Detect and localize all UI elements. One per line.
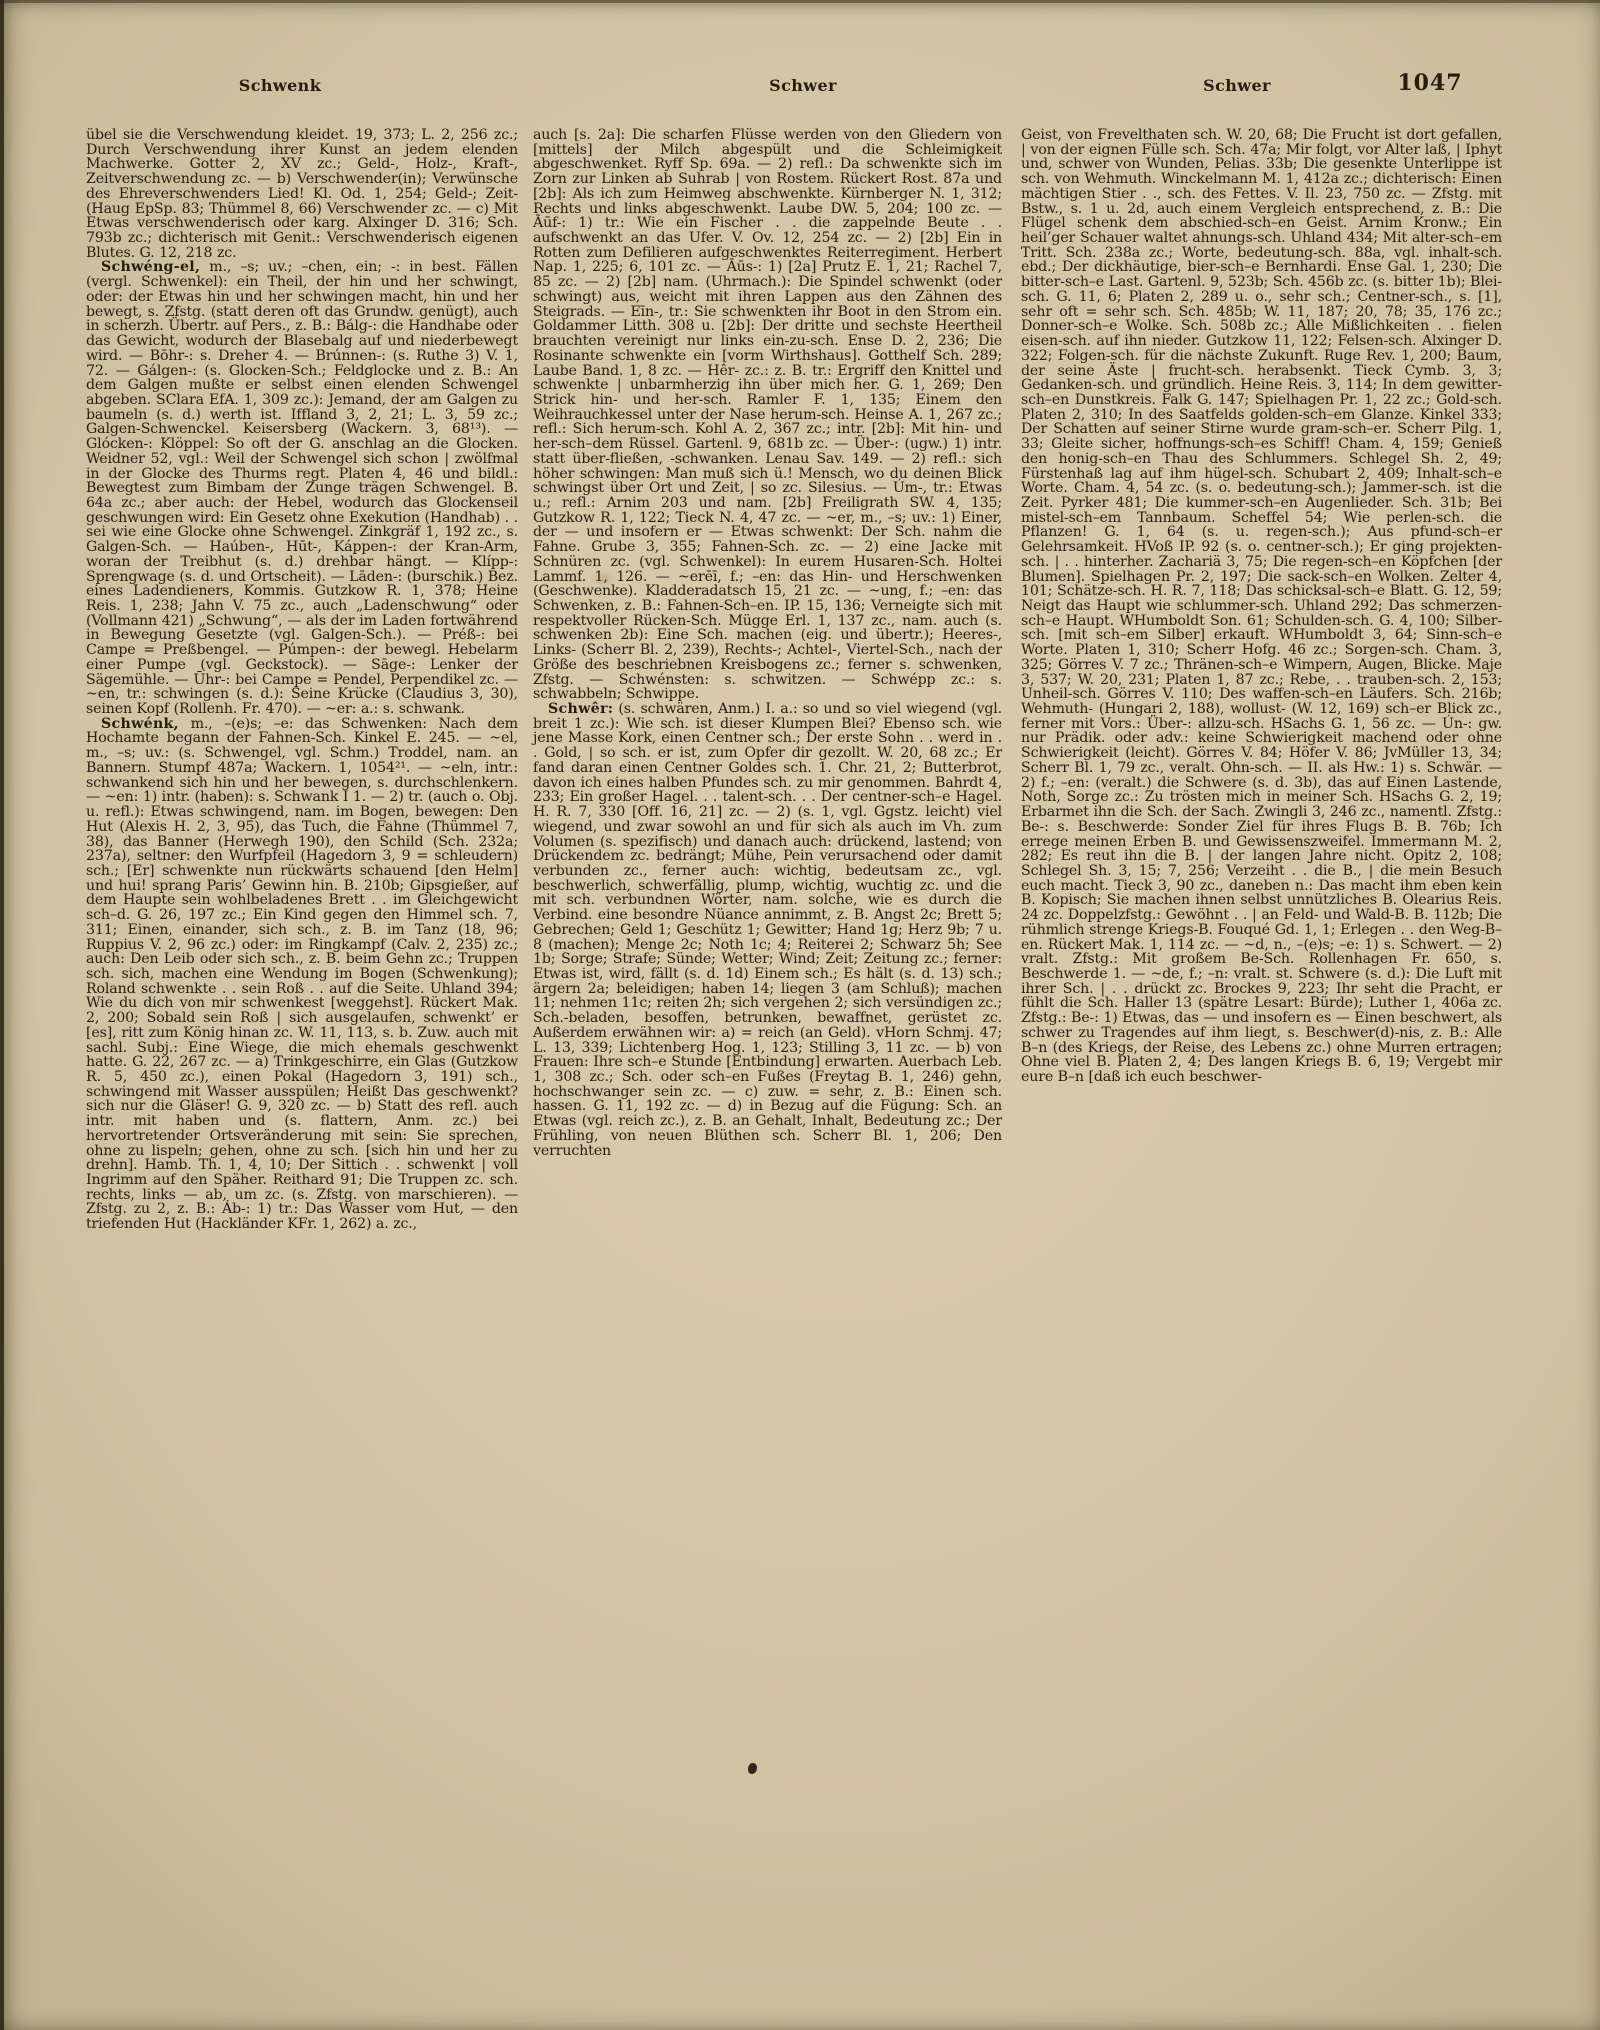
continuation-paragraph: auch [s. 2a]: Die scharfen Flüsse werden… [533,128,1002,702]
running-head-left: Schwenk [180,76,380,98]
entry-schwer: Schwêr: (s. schwären, Anm.) I. a.: so un… [533,702,1002,1158]
text-column-2: auch [s. 2a]: Die scharfen Flüsse werden… [533,128,1002,1158]
scan-edge-top [0,0,1600,3]
paragraph-text: m., –(e)s; –e: das Schwenken: Nach dem H… [86,716,518,1232]
paragraph-text: (s. schwären, Anm.) I. a.: so und so vie… [533,701,1002,1159]
ink-blot [748,1763,757,1774]
headword-schwenk: Schwénk, [101,716,179,732]
scan-edge-left [0,0,4,2030]
continuation-paragraph: Geist, von Frevelthaten sch. W. 20, 68; … [1021,128,1502,1085]
paragraph-text: auch [s. 2a]: Die scharfen Flüsse werden… [533,127,1002,702]
text-column-3: Geist, von Frevelthaten sch. W. 20, 68; … [1021,128,1502,1085]
paragraph-text: m., –s; uv.; –chen, ein; -: in best. Fäl… [86,259,518,717]
headword-schwer: Schwêr: [548,701,613,717]
continuation-paragraph: übel sie die Verschwendung kleidet. 19, … [86,128,518,260]
entry-schwengel: Schwéng-el, m., –s; uv.; –chen, ein; -: … [86,260,518,716]
paragraph-text: Geist, von Frevelthaten sch. W. 20, 68; … [1021,127,1502,1085]
page-number: 1047 [1375,70,1485,96]
paragraph-text: übel sie die Verschwendung kleidet. 19, … [86,127,518,261]
headword-schwengel: Schwéng-el, [101,259,200,275]
scanned-dictionary-page: Schwenk Schwer Schwer 1047 übel sie die … [0,0,1600,2030]
paper-stain [590,570,616,588]
running-head-center: Schwer [703,76,903,98]
running-head-right: Schwer [1137,76,1337,98]
text-column-1: übel sie die Verschwendung kleidet. 19, … [86,128,518,1232]
entry-schwenk: Schwénk, m., –(e)s; –e: das Schwenken: N… [86,717,518,1232]
